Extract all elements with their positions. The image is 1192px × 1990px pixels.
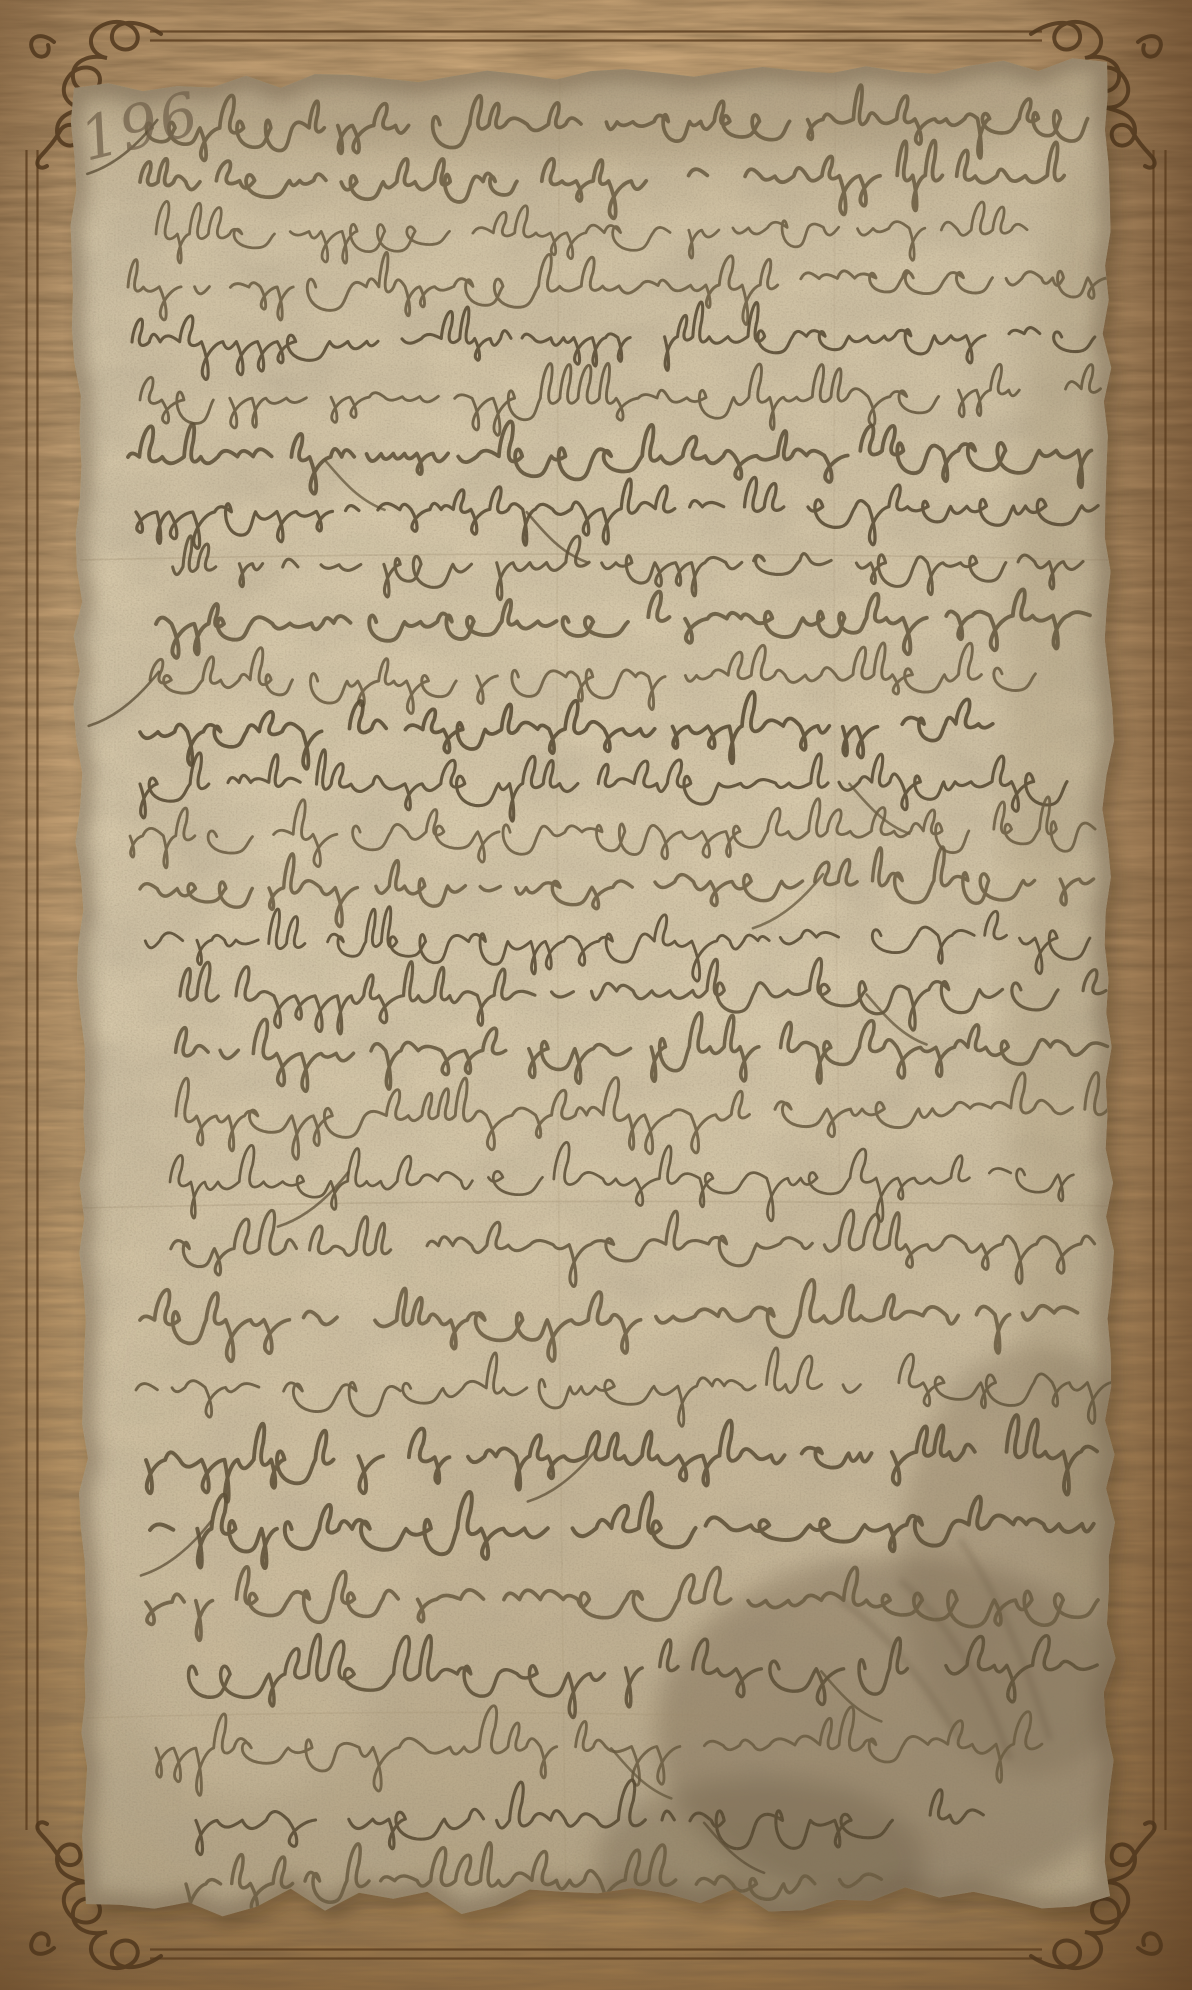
manuscript-scan: 196 [0,0,1192,1990]
manuscript-photo-page: 196 [0,0,1192,1990]
paper-surface: 196 [0,0,1192,1990]
paper-fine-grain-texture [0,0,1192,1990]
